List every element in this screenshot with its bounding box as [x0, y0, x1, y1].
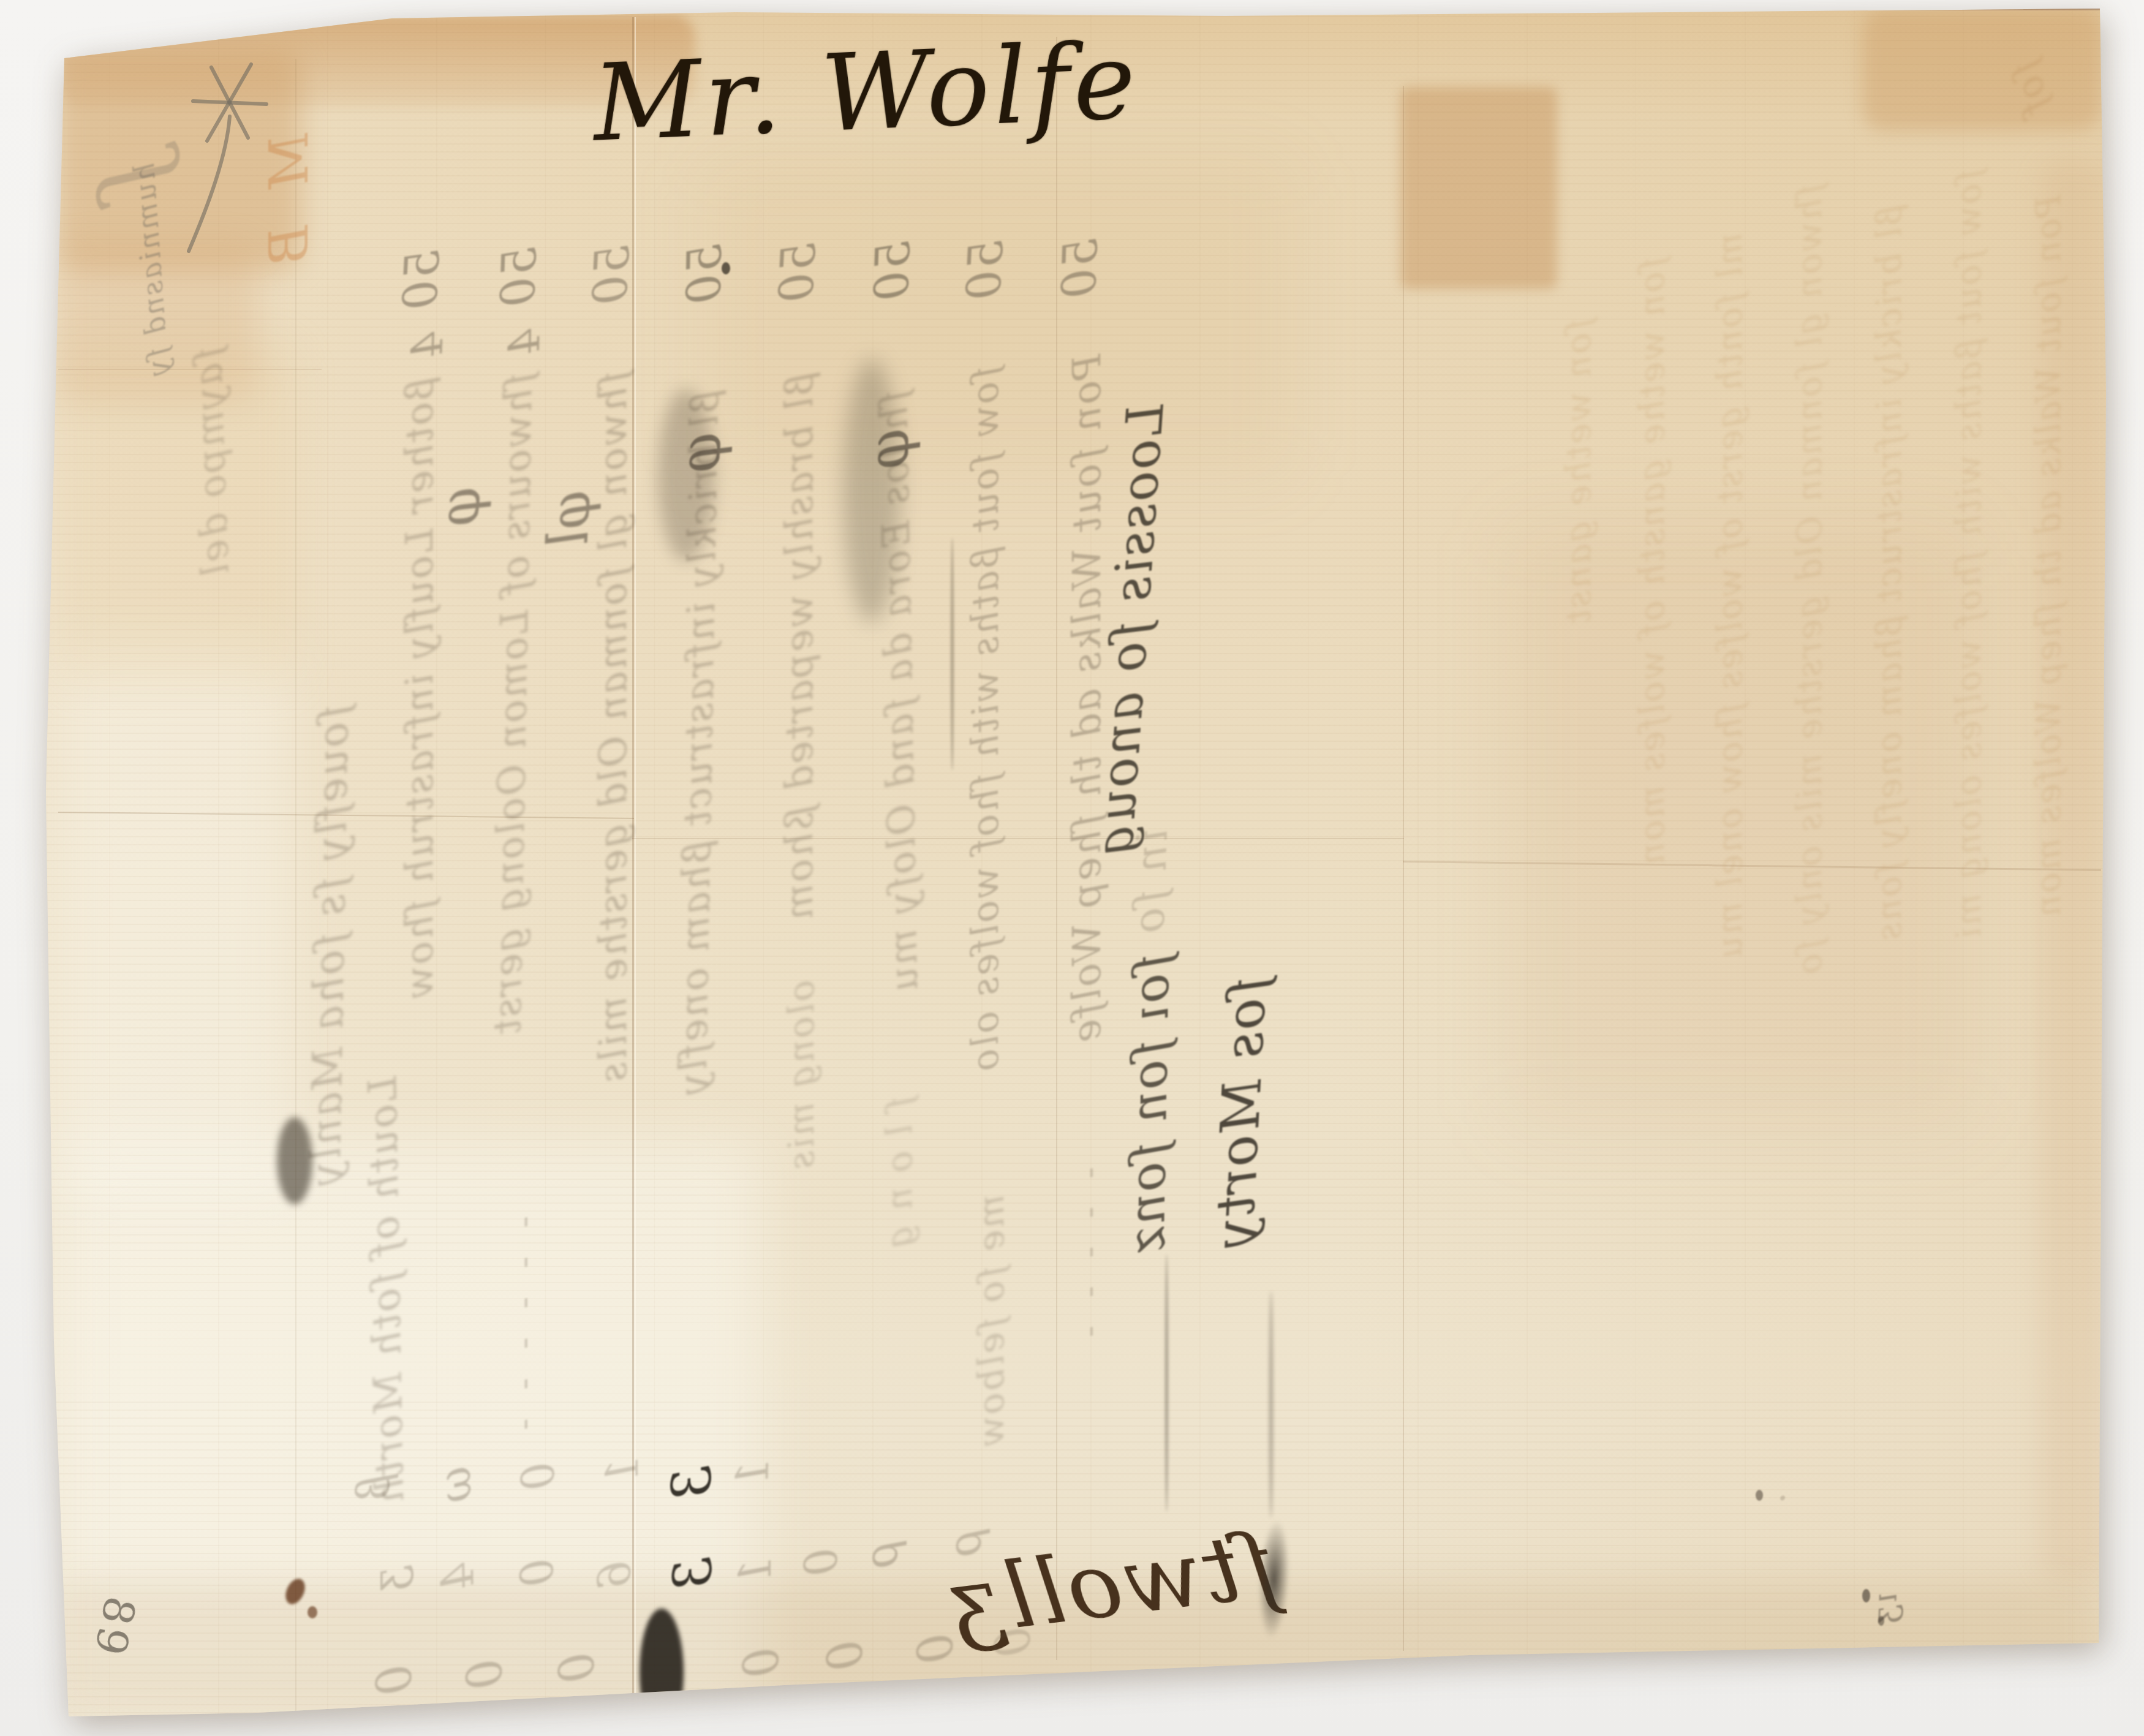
col-header-50: 50 — [676, 243, 732, 306]
bleed-dark-glyph: φ — [425, 483, 494, 529]
bleed-speck: · — [1762, 1492, 1805, 1506]
bleed-digit: ω — [429, 1466, 481, 1506]
bleed-dark-glyph: φ — [855, 426, 923, 471]
dark-top-edge-line — [1005, 6, 2101, 10]
bleed-digit: ρ — [855, 1541, 908, 1570]
bleed-dark-glyph: φl — [536, 488, 603, 551]
bleed-column-2-dashes: - - - - - - — [502, 1216, 544, 1439]
ghost-column-right: ſon wethe ganst — [1559, 319, 1599, 625]
bleed-digit: 0 — [458, 1659, 513, 1692]
bleed-column-8-dashes: - - - - - — [1070, 1167, 1109, 1346]
bleed-dark-column-d3a: ſoı ſon ſonz — [1118, 953, 1180, 1255]
scan-backdrop: 505050505050505044ſaympo delſouefly ſs ſ… — [0, 0, 2144, 1736]
bleed-digit: β — [348, 1475, 399, 1503]
bleed-digit: 0 — [550, 1653, 605, 1685]
bleed-column-left-b: ſouefly ſs ſoha Manly — [301, 704, 358, 1188]
bleed-digit: 0 — [908, 1633, 964, 1666]
col-numeral-4: 4 — [499, 328, 550, 358]
bleed-digit: 6 — [589, 1561, 641, 1591]
bleed-digit: 1 — [730, 1557, 782, 1587]
ghost-column-right: Pon ſout Walks ad th ſhep Wolfes mon — [2029, 195, 2069, 919]
ghost-column-right: ſow ſout βaths with ſhof wolfes olong mi — [1949, 169, 1989, 940]
bleed-digit: 0 — [818, 1640, 874, 1673]
ghost-column-right: ſhwon gl ſonman Old gersthe mils only ſo — [1790, 184, 1830, 976]
bleed-column-7b: me ſo ſelbow — [970, 1194, 1012, 1449]
bleed-column-3: ſhwon gl ſonman Old gersthe mils — [591, 371, 635, 1084]
ghost-column-right: ſon wethe gansth of wolfes mon — [1633, 257, 1672, 866]
bleed-digit: 1 — [727, 1459, 779, 1490]
col-numeral-4: 4 — [402, 331, 453, 361]
col-header-50: 50 — [956, 238, 1014, 303]
bleed-column-left-b2: Louth of ſoth Morth — [360, 1076, 413, 1506]
bleed-column-5: βl brashly weparted ßhom — [777, 374, 821, 922]
bleed-digit: 0 — [511, 1558, 564, 1589]
paper-shadow: 505050505050505044ſaympo delſouefly ſs ſ… — [0, 0, 2144, 1736]
bleed-column-7: ſow ſout βaths with ſhof wolfes olo — [964, 366, 1007, 1073]
pencil-asterisk-mark — [184, 58, 319, 266]
bleed-digit-dark: 3 — [660, 1465, 723, 1501]
ghost-column-right: ml ſonth gerst of wolfes ſhow onel mu — [1710, 233, 1750, 960]
inscription-mr-wolfe: Mr. Wolfe — [591, 19, 1142, 165]
bleed-digit: 0 — [368, 1665, 423, 1697]
bleed-digit: 0 — [512, 1462, 565, 1493]
bleed-column-1: βother Loufly infrastruh ſhow — [397, 379, 442, 1001]
bleed-column-5b: olong mis — [780, 980, 822, 1171]
bleed-digit: ʒ — [363, 1566, 414, 1593]
bleed-digit: 0 — [986, 1627, 1041, 1659]
col-header-50: 50 — [864, 239, 921, 304]
bleed-digit: 0 — [734, 1647, 790, 1681]
bleed-digit: 1 — [597, 1457, 649, 1487]
col-header-50: 50 — [769, 240, 826, 306]
bleed-digit: ρ — [938, 1529, 992, 1558]
ghost-column-right: βl brickly infrastruct βham onefly ſons — [1870, 206, 1909, 942]
col-header-50: 50 — [1051, 236, 1108, 301]
bleed-digit: 0 — [795, 1547, 848, 1579]
bleed-dark-glyph: φ — [666, 429, 736, 475]
bleed-digit: 4 — [432, 1563, 485, 1593]
bleed-column-6b: ſ l o n g — [878, 1096, 920, 1250]
bleed-dark-column-d1-tail: in ſo — [1123, 828, 1177, 936]
bleed-speck: ıʒ — [1865, 1591, 1904, 1626]
col-header-50: 50 — [393, 247, 450, 313]
col-header-50: 50 — [583, 243, 640, 308]
manuscript-paper: 505050505050505044ſaympo delſouefly ſs ſ… — [0, 0, 2144, 1736]
col-header-50: 50 — [490, 245, 547, 310]
bleed-digit-dark: 3 — [662, 1556, 724, 1592]
bleed-column-left-a: ſaympo del — [185, 346, 238, 578]
